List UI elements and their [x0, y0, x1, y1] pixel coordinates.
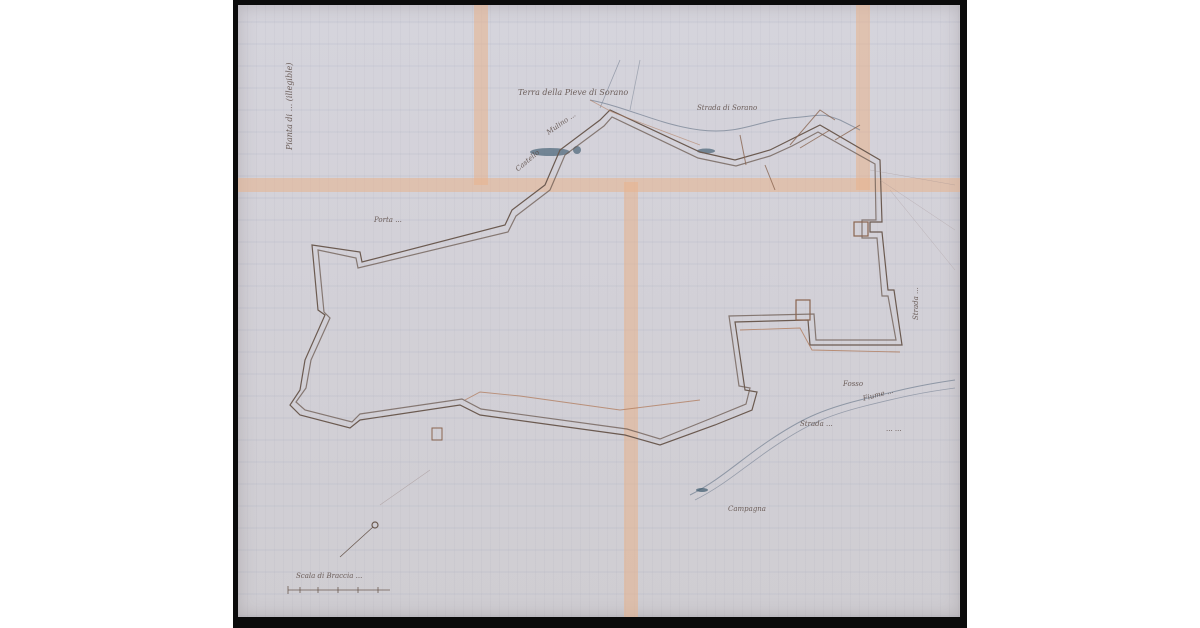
gate-marker — [796, 300, 810, 320]
label-river-2: Strada ... — [800, 420, 833, 428]
scale-bar — [288, 586, 390, 594]
bastion-marker — [854, 222, 868, 236]
label-ditch: Fosso — [843, 380, 863, 388]
city-walls — [290, 110, 902, 445]
north-needle — [340, 527, 373, 557]
label-town: Terra della Pieve di Sorano — [518, 88, 628, 97]
label-river-3: ... ... — [886, 425, 902, 433]
label-countryside: Campagna — [728, 505, 766, 513]
label-road: Strada di Sorano — [697, 104, 757, 112]
scale-caption: Scala di Braccia ... — [296, 572, 362, 580]
title-annotation: Pianta di ... (illegible) — [285, 62, 294, 150]
label-gate: Porta ... — [374, 216, 402, 224]
gate-marker — [432, 428, 442, 440]
label-road-right: Strada ... — [912, 287, 920, 320]
